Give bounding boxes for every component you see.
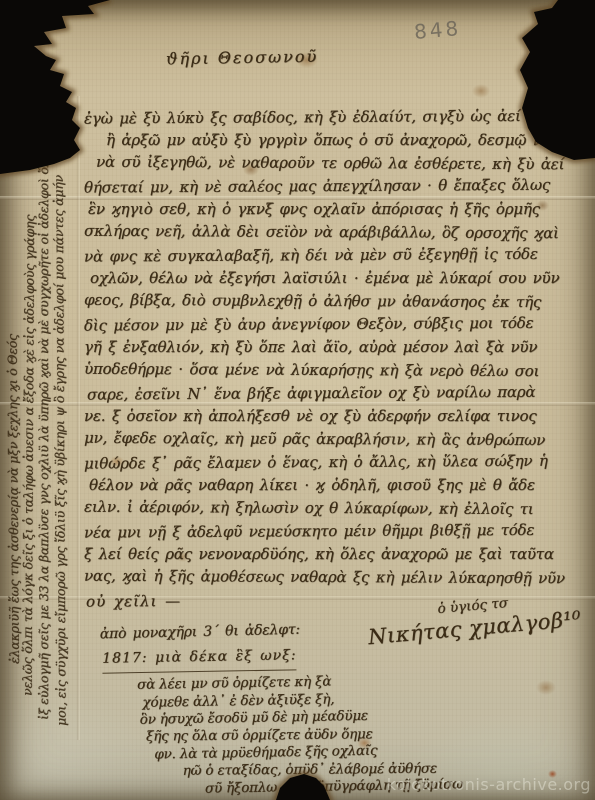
manuscript-line: ὑποδεθήρμε · ὅσα μένε νὰ λύκαρήσῃς κὴ ξὰ… [84,358,589,384]
archive-watermark: kolokotronis-archive.org [387,775,591,794]
manuscript-line: νὰ φνς κὲ συγκαλαβαξῆ, κὴ δέι νὰ μὲν σῦ … [84,242,589,268]
archive-number-pencil: 848 [413,16,462,44]
manuscript-line: ἐγὼ μὲ ξὺ λύκὺ ξς σαβίδος, κὴ ξὺ ἐδλαίύτ… [84,104,589,130]
manuscript-line: θήσεταί μν, κὴ νὲ σαλέος μας ἀπεγχίλησαν… [84,173,589,199]
manuscript-line: νε. ξ ὁσεῖον κὴ ἀπολήξεσθ νὲ οχ ξὺ ἀδερφ… [84,405,589,428]
margin-note-line: ἰξ εὐλογμῆ σεῖς με 33 λα βαπλϋσε γνς οχλ… [36,136,52,720]
letter-body: ἐγὼ μὲ ξὺ λύκὺ ξς σαβίδος, κὴ ξὺ ἐδλαίύτ… [84,106,589,612]
manuscript-line: νας, ϗαὶ ἡ ξῆς ἀμοθέσεως ναθαρὰ ξς κὴ μέ… [84,565,589,591]
place-line: ἀπὸ μοναχῆρι 3΄ θι ἀδελφτ: [99,618,300,648]
manuscript-line: θέλον νὰ ρᾶς ναθαρη λίκει · ϗ ὁδηλῆ, φισ… [89,474,589,497]
letter-heading: ϑῆρι Θεοσωνοῦ [166,47,318,69]
date-line: 1817: μιὰ δέκα ἓξ ωνξ: [102,643,301,673]
manuscript-line: νέα μνι νῇ ξ ἀδελφῦ νεμεύσκητο μέιν θῆμρ… [84,518,589,544]
ink-stain [536,680,556,695]
manuscript-line: γῆ ξ ἐνξαθλιόν, κὴ ξὺ ὅπε λαὶ ἄϊο, αὐρὰ … [84,336,589,359]
margin-note-line: νελῶς ὅλπι τὰ λόγκ δεῖς ξι ὁ ταλήφω ἀυεσ… [19,136,37,696]
manuscript-line: φεος, βίβξα, διὸ συμβνλεχθῇ ὁ ἀλήθσ μν ἀ… [84,289,589,315]
place-date-block: ἀπὸ μοναχῆρι 3΄ θι ἀδελφτ: 1817: μιὰ δέκ… [100,618,301,673]
margin-notes-vertical: ἐλακριϋῆ ἕως της ἀσθενερίᾳ νὰ μξν ξεχλης… [5,136,67,726]
manuscript-line: δὶς μέσον μν μὲ ξὺ ἀυρ ἀνεγνίφον Θεξὸν, … [84,311,589,337]
manuscript-line: σκλήρας νεῆ, ἀλλὰ δὲι σεϊὸν νὰ αράβιβάλλ… [84,220,589,246]
manuscript-line: σαρε, ἐσεῖνι Ν᾽ ἕνα βήξε ἀφιγμαλεῖον οχ … [87,380,589,406]
manuscript-line: μν, ἔφεδε οχλαῖς, κὴ μεῦ ρᾶς ἀκραβλήσιν,… [84,427,589,453]
ink-stain [472,84,490,98]
postscript-line: ξῆς ης ὅλα σῦ ὁρμίζετε ἀϋδν ὅημε [146,725,462,746]
date-underlined: 1817: μιὰ δέκα ἓξ ωνξ: [102,643,297,673]
manuscript-paper: 848 ϑῆρι Θεοσωνοῦ ἐγὼ μὲ ξὺ λύκὺ ξς σαβί… [0,0,595,800]
manuscript-line: ἓν ϗηγιὸ σεθ, κὴ ὁ γκνξ φνς οχλαῖν ἀπόρι… [88,198,589,221]
manuscript-line: νὰ σῦ ἰξεγηθῶ, νὲ ναθαροῦν τε ορθῶ λα ἐσ… [96,151,589,177]
manuscript-line: οχλῶν, θέλω νὰ ἐξεγήσι λαϊσιύλι · ἐμένα … [90,267,589,290]
margin-note-line: μοι, εἰς σϋγχϋρι εἴμπορῶ γρς ἴδλιϋ ξῖς ϗ… [50,136,69,726]
manuscript-line: μιθώρδε ξ᾽ ρᾶς ἔλαμεν ὁ ἕνας, κὴ ὁ ἄλλς,… [84,449,589,475]
manuscript-line: ἢ ἀρξῶ μν αὐξὺ ξὺ γργρὶν ὅπως ὁ σῦ ἀναχο… [106,129,589,152]
manuscript-line: ειλν. ἰ ἀέριφόν, κὴ ξηλωσὶν οχ θ λύκαρίφ… [84,496,589,522]
vertical-fold-crease [77,96,80,740]
manuscript-line: ξ λεί θείς ρᾶς νενοναρδϋόης, κὴ ὅλες ἀνα… [84,543,589,566]
